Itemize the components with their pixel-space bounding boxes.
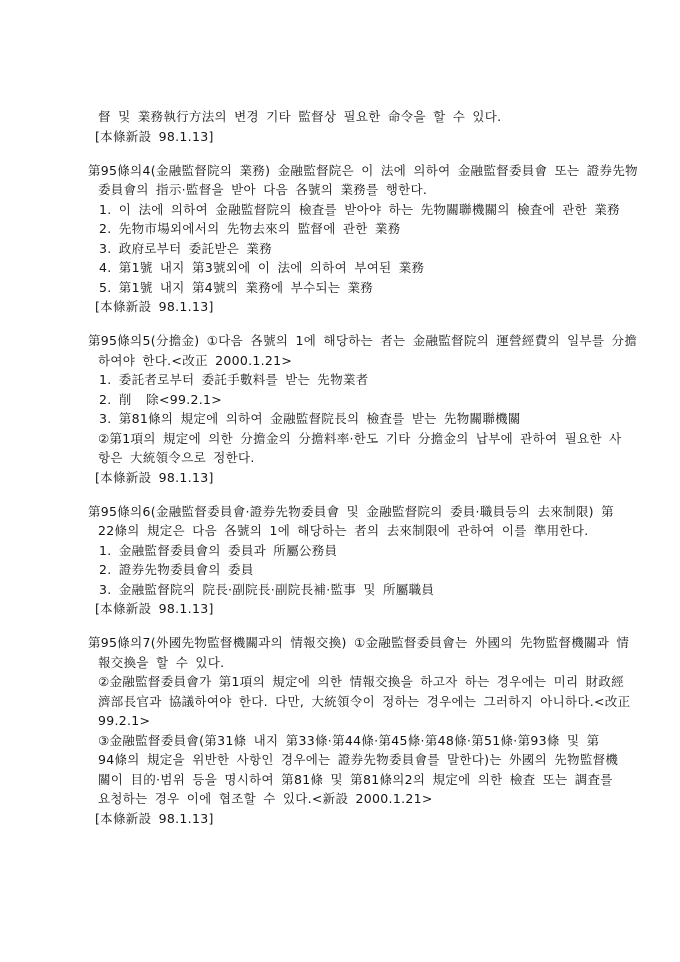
text-line: 1. 金融監督委員會의 委員과 所屬公務員	[0, 541, 680, 561]
article-95-4: 第95條의4(金融監督院의 業務) 金融監督院은 이 法에 의하여 金融監督委員…	[0, 161, 680, 317]
text-line: 督 및 業務執行方法의 변경 기타 監督상 필요한 命令을 할 수 있다.	[0, 107, 680, 127]
document-page: 督 및 業務執行方法의 변경 기타 監督상 필요한 命令을 할 수 있다.[本條…	[0, 0, 680, 962]
text-line: 1. 이 法에 의하여 金融監督院의 檢査를 받아야 하는 先物關聯機關의 檢査…	[0, 200, 680, 220]
law-text-blocks: 督 및 業務執行方法의 변경 기타 監督상 필요한 命令을 할 수 있다.[本條…	[0, 107, 680, 828]
text-line: 第95條의5(分擔金) ①다음 各號의 1에 해당하는 者는 金融監督院의 運營…	[0, 331, 680, 351]
text-line: 5. 第1號 내지 第4號의 業務에 부수되는 業務	[0, 278, 680, 298]
text-line: [本條新設 98.1.13]	[0, 599, 680, 619]
article-95-3-tail: 督 및 業務執行方法의 변경 기타 監督상 필요한 命令을 할 수 있다.[本條…	[0, 107, 680, 146]
text-line: ③金融監督委員會(第31條 내지 第33條·第44條·第45條·第48條·第51…	[0, 731, 680, 751]
text-line: ②金融監督委員會가 第1項의 規定에 의한 情報交換을 하고자 하는 경우에는 …	[0, 672, 680, 692]
text-line: [本條新設 98.1.13]	[0, 127, 680, 147]
text-line: 3. 政府로부터 委託받은 業務	[0, 239, 680, 259]
text-line: 22條의 規定은 다음 各號의 1에 해당하는 者의 去來制限에 관하여 이를 …	[0, 521, 680, 541]
text-line: 委員會의 指示·監督을 받아 다음 各號의 業務를 행한다.	[0, 180, 680, 200]
text-line: 關이 目的·범위 등을 명시하여 第81條 및 第81條의2의 規定에 의한 檢…	[0, 770, 680, 790]
article-95-7: 第95條의7(外國先物監督機關과의 情報交換) ①金融監督委員會는 外國의 先物…	[0, 633, 680, 828]
text-line: 하여야 한다.<改正 2000.1.21>	[0, 351, 680, 371]
text-line: 4. 第1號 내지 第3號외에 이 法에 의하여 부여된 業務	[0, 258, 680, 278]
text-line: 第95條의6(金融監督委員會·證券先物委員會 및 金融監督院의 委員·職員등의 …	[0, 502, 680, 522]
text-line: 1. 委託者로부터 委託手數料를 받는 先物業者	[0, 370, 680, 390]
text-line: 99.2.1>	[0, 711, 680, 731]
text-line: 2. 削 除<99.2.1>	[0, 390, 680, 410]
text-line: 報交換을 할 수 있다.	[0, 653, 680, 673]
article-95-6: 第95條의6(金融監督委員會·證券先物委員會 및 金融監督院의 委員·職員등의 …	[0, 502, 680, 619]
text-line: 항은 大統領令으로 정한다.	[0, 448, 680, 468]
text-line: [本條新設 98.1.13]	[0, 297, 680, 317]
text-line: [本條新設 98.1.13]	[0, 468, 680, 488]
text-line: 3. 第81條의 規定에 의하여 金融監督院長의 檢査를 받는 先物關聯機關	[0, 409, 680, 429]
text-line: 3. 金融監督院의 院長·副院長·副院長補·監事 및 所屬職員	[0, 580, 680, 600]
text-line: 第95條의7(外國先物監督機關과의 情報交換) ①金融監督委員會는 外國의 先物…	[0, 633, 680, 653]
text-line: 濟部長官과 協議하여야 한다. 다만, 大統領令이 정하는 경우에는 그러하지 …	[0, 692, 680, 712]
article-95-5: 第95條의5(分擔金) ①다음 各號의 1에 해당하는 者는 金融監督院의 運營…	[0, 331, 680, 487]
text-line: 94條의 規定을 위반한 사항인 경우에는 證券先物委員會를 말한다)는 外國의…	[0, 750, 680, 770]
text-line: 第95條의4(金融監督院의 業務) 金融監督院은 이 法에 의하여 金融監督委員…	[0, 161, 680, 181]
text-line: [本條新設 98.1.13]	[0, 809, 680, 829]
text-line: 2. 先物市場외에서의 先物去來의 監督에 관한 業務	[0, 219, 680, 239]
text-line: ②第1項의 規定에 의한 分擔金의 分擔料率·한도 기타 分擔金의 납부에 관하…	[0, 429, 680, 449]
text-line: 요청하는 경우 이에 협조할 수 있다.<新設 2000.1.21>	[0, 789, 680, 809]
text-line: 2. 證券先物委員會의 委員	[0, 560, 680, 580]
